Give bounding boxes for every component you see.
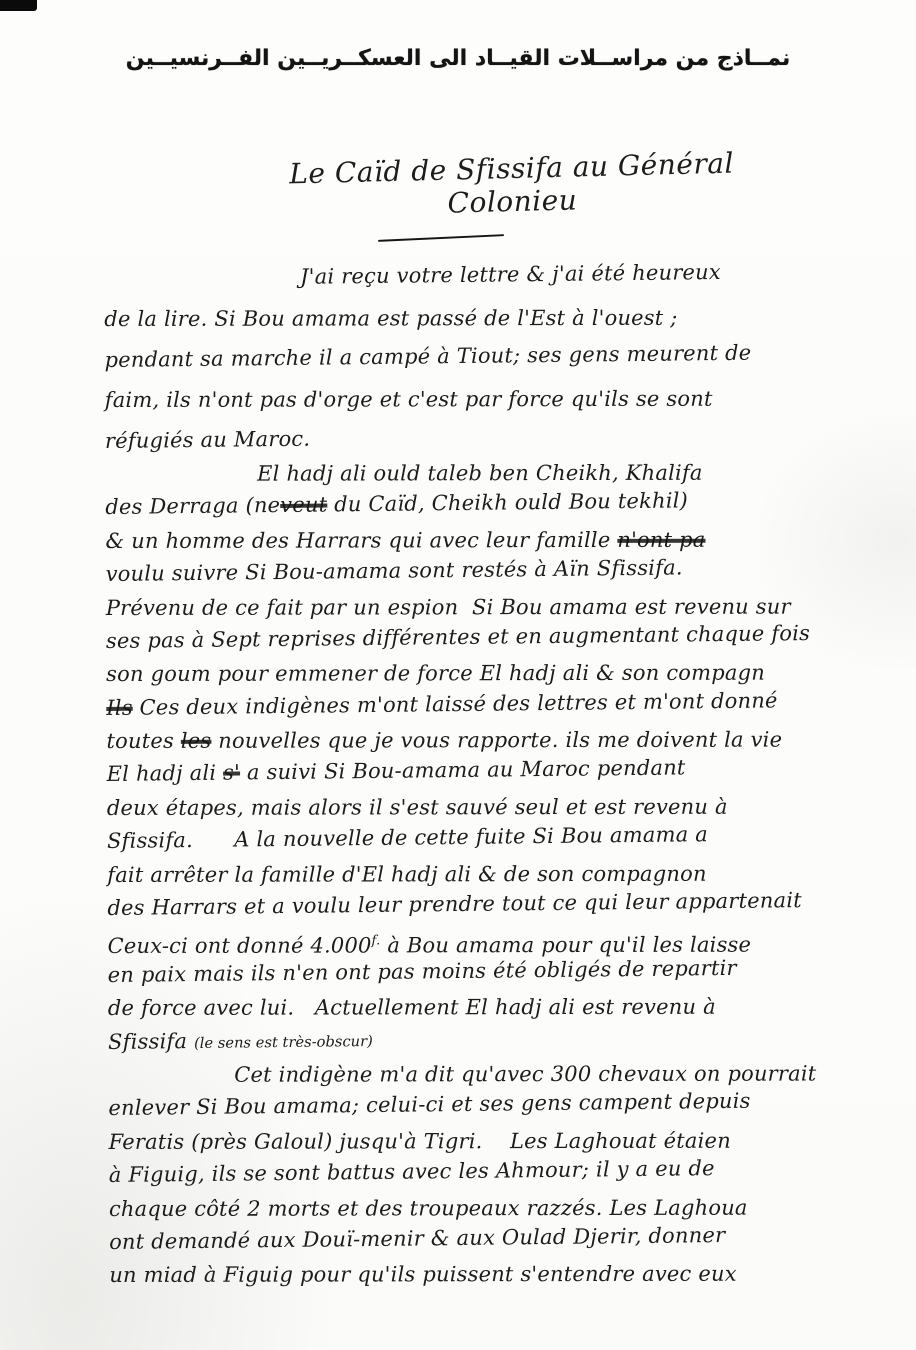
- line-text: toutes: [106, 729, 180, 753]
- letter-line: J'ai reçu votre lettre & j'ai été heureu…: [104, 255, 844, 297]
- letter-line: réfugiés au Maroc.: [105, 416, 845, 458]
- scanned-letter-page: نمــاذج من مراســلات القيــاد الى العسكـ…: [0, 0, 916, 1350]
- superscript: f.: [372, 934, 381, 949]
- letter-line: El hadj ali s' a suivi Si Bou-amama au M…: [106, 750, 846, 792]
- line-text: des Harrars et a voulu leur prendre tout…: [107, 888, 802, 920]
- line-text: & un homme des Harrars qui avec leur fam…: [105, 528, 617, 553]
- line-text: nouvelles que je vous rapporte. ils me d…: [211, 728, 782, 753]
- scan-artifact-mark: [0, 0, 37, 11]
- letter-line: de la lire. Si Bou amama est passé de l'…: [104, 302, 844, 337]
- struck-word: les: [181, 729, 212, 753]
- line-text: réfugiés au Maroc.: [105, 426, 311, 452]
- line-text: Cet indigène m'a dit qu'avec 300 chevaux…: [234, 1061, 816, 1086]
- line-text: Prévenu de ce fait par un espion Si Bou …: [106, 594, 791, 619]
- line-text: chaque côté 2 morts et des troupeaux raz…: [109, 1195, 748, 1220]
- line-text: du Caïd, Cheikh ould Bou tekhil): [327, 489, 688, 517]
- line-text: faim, ils n'ont pas d'orge et c'est par …: [105, 387, 713, 412]
- letter-body: J'ai reçu votre lettre & j'ai été heureu…: [104, 259, 849, 1293]
- line-text: Sfissifa: [108, 1029, 194, 1054]
- line-text: Ceux-ci ont donné 4.000: [108, 934, 372, 959]
- struck-word: s': [223, 761, 240, 785]
- letter-line: Sfissifa. A la nouvelle de cette fuite S…: [107, 817, 847, 859]
- line-text: Sfissifa. A la nouvelle de cette fuite S…: [107, 822, 708, 853]
- title-underline-flourish: [378, 234, 504, 242]
- struck-word: n'ont pa: [617, 527, 705, 551]
- letter-line: des Derraga (neveut du Caïd, Cheikh ould…: [105, 483, 845, 525]
- letter-line: des Harrars et a voulu leur prendre tout…: [107, 884, 847, 926]
- line-text: fait arrêter la famille d'El hadj ali & …: [107, 861, 707, 886]
- line-text: El hadj ali: [107, 761, 224, 786]
- marginal-note: (le sens est très-obscur): [194, 1033, 373, 1052]
- line-text: de la lire. Si Bou amama est passé de l'…: [104, 306, 677, 331]
- line-text: à Figuig, ils se sont battus avec les Ah…: [109, 1156, 715, 1187]
- line-text: ont demandé aux Douï-menir & aux Oulad D…: [109, 1223, 725, 1254]
- line-text: enlever Si Bou amama; celui-ci et ses ge…: [108, 1089, 750, 1120]
- line-text: Ces deux indigènes m'ont laissé des lett…: [133, 688, 778, 719]
- line-text: de force avec lui. Actuellement El hadj …: [108, 995, 716, 1020]
- letter-line: à Figuig, ils se sont battus avec les Ah…: [109, 1151, 849, 1193]
- line-text: J'ai reçu votre lettre & j'ai été heureu…: [300, 260, 721, 289]
- line-text: des Derraga (ne: [105, 493, 280, 519]
- letter-line: pendant sa marche il a campé à Tiout; se…: [104, 335, 844, 377]
- letter-line: enlever Si Bou amama; celui-ci et ses ge…: [108, 1084, 848, 1126]
- struck-word: veut: [280, 493, 327, 518]
- line-text: un miad à Figuig pour qu'ils puissent s'…: [109, 1262, 737, 1287]
- arabic-section-header: نمــاذج من مراســلات القيــاد الى العسكـ…: [0, 46, 916, 71]
- line-text: ses pas à Sept reprises différentes et e…: [106, 621, 810, 653]
- line-text: en paix mais ils n'en ont pas moins été …: [108, 956, 737, 987]
- line-text: son goum pour emmener de force El hadj a…: [106, 661, 765, 686]
- line-text: pendant sa marche il a campé à Tiout; se…: [104, 340, 751, 371]
- letter-line: ont demandé aux Douï-menir & aux Oulad D…: [109, 1218, 849, 1260]
- struck-word: Ils: [106, 695, 133, 719]
- letter-line: un miad à Figuig pour qu'ils puissent s'…: [109, 1258, 849, 1293]
- line-text: Feratis (près Galoul) jusqu'à Tigri. Les…: [109, 1128, 731, 1153]
- letter-line: voulu suivre Si Bou-amama sont restés à …: [105, 550, 845, 592]
- line-text: deux étapes, mais alors il s'est sauvé s…: [107, 795, 728, 820]
- letter-line: ses pas à Sept reprises différentes et e…: [106, 617, 846, 659]
- letter-line: faim, ils n'ont pas d'orge et c'est par …: [105, 383, 845, 418]
- line-text: voulu suivre Si Bou-amama sont restés à …: [105, 556, 682, 587]
- line-text: El hadj ali ould taleb ben Cheikh, Khali…: [257, 461, 703, 486]
- letter-title: Le Caïd de Sfissifa au Général Colonieu: [246, 146, 777, 225]
- line-text: a suivi Si Bou-amama au Maroc pendant: [240, 756, 686, 785]
